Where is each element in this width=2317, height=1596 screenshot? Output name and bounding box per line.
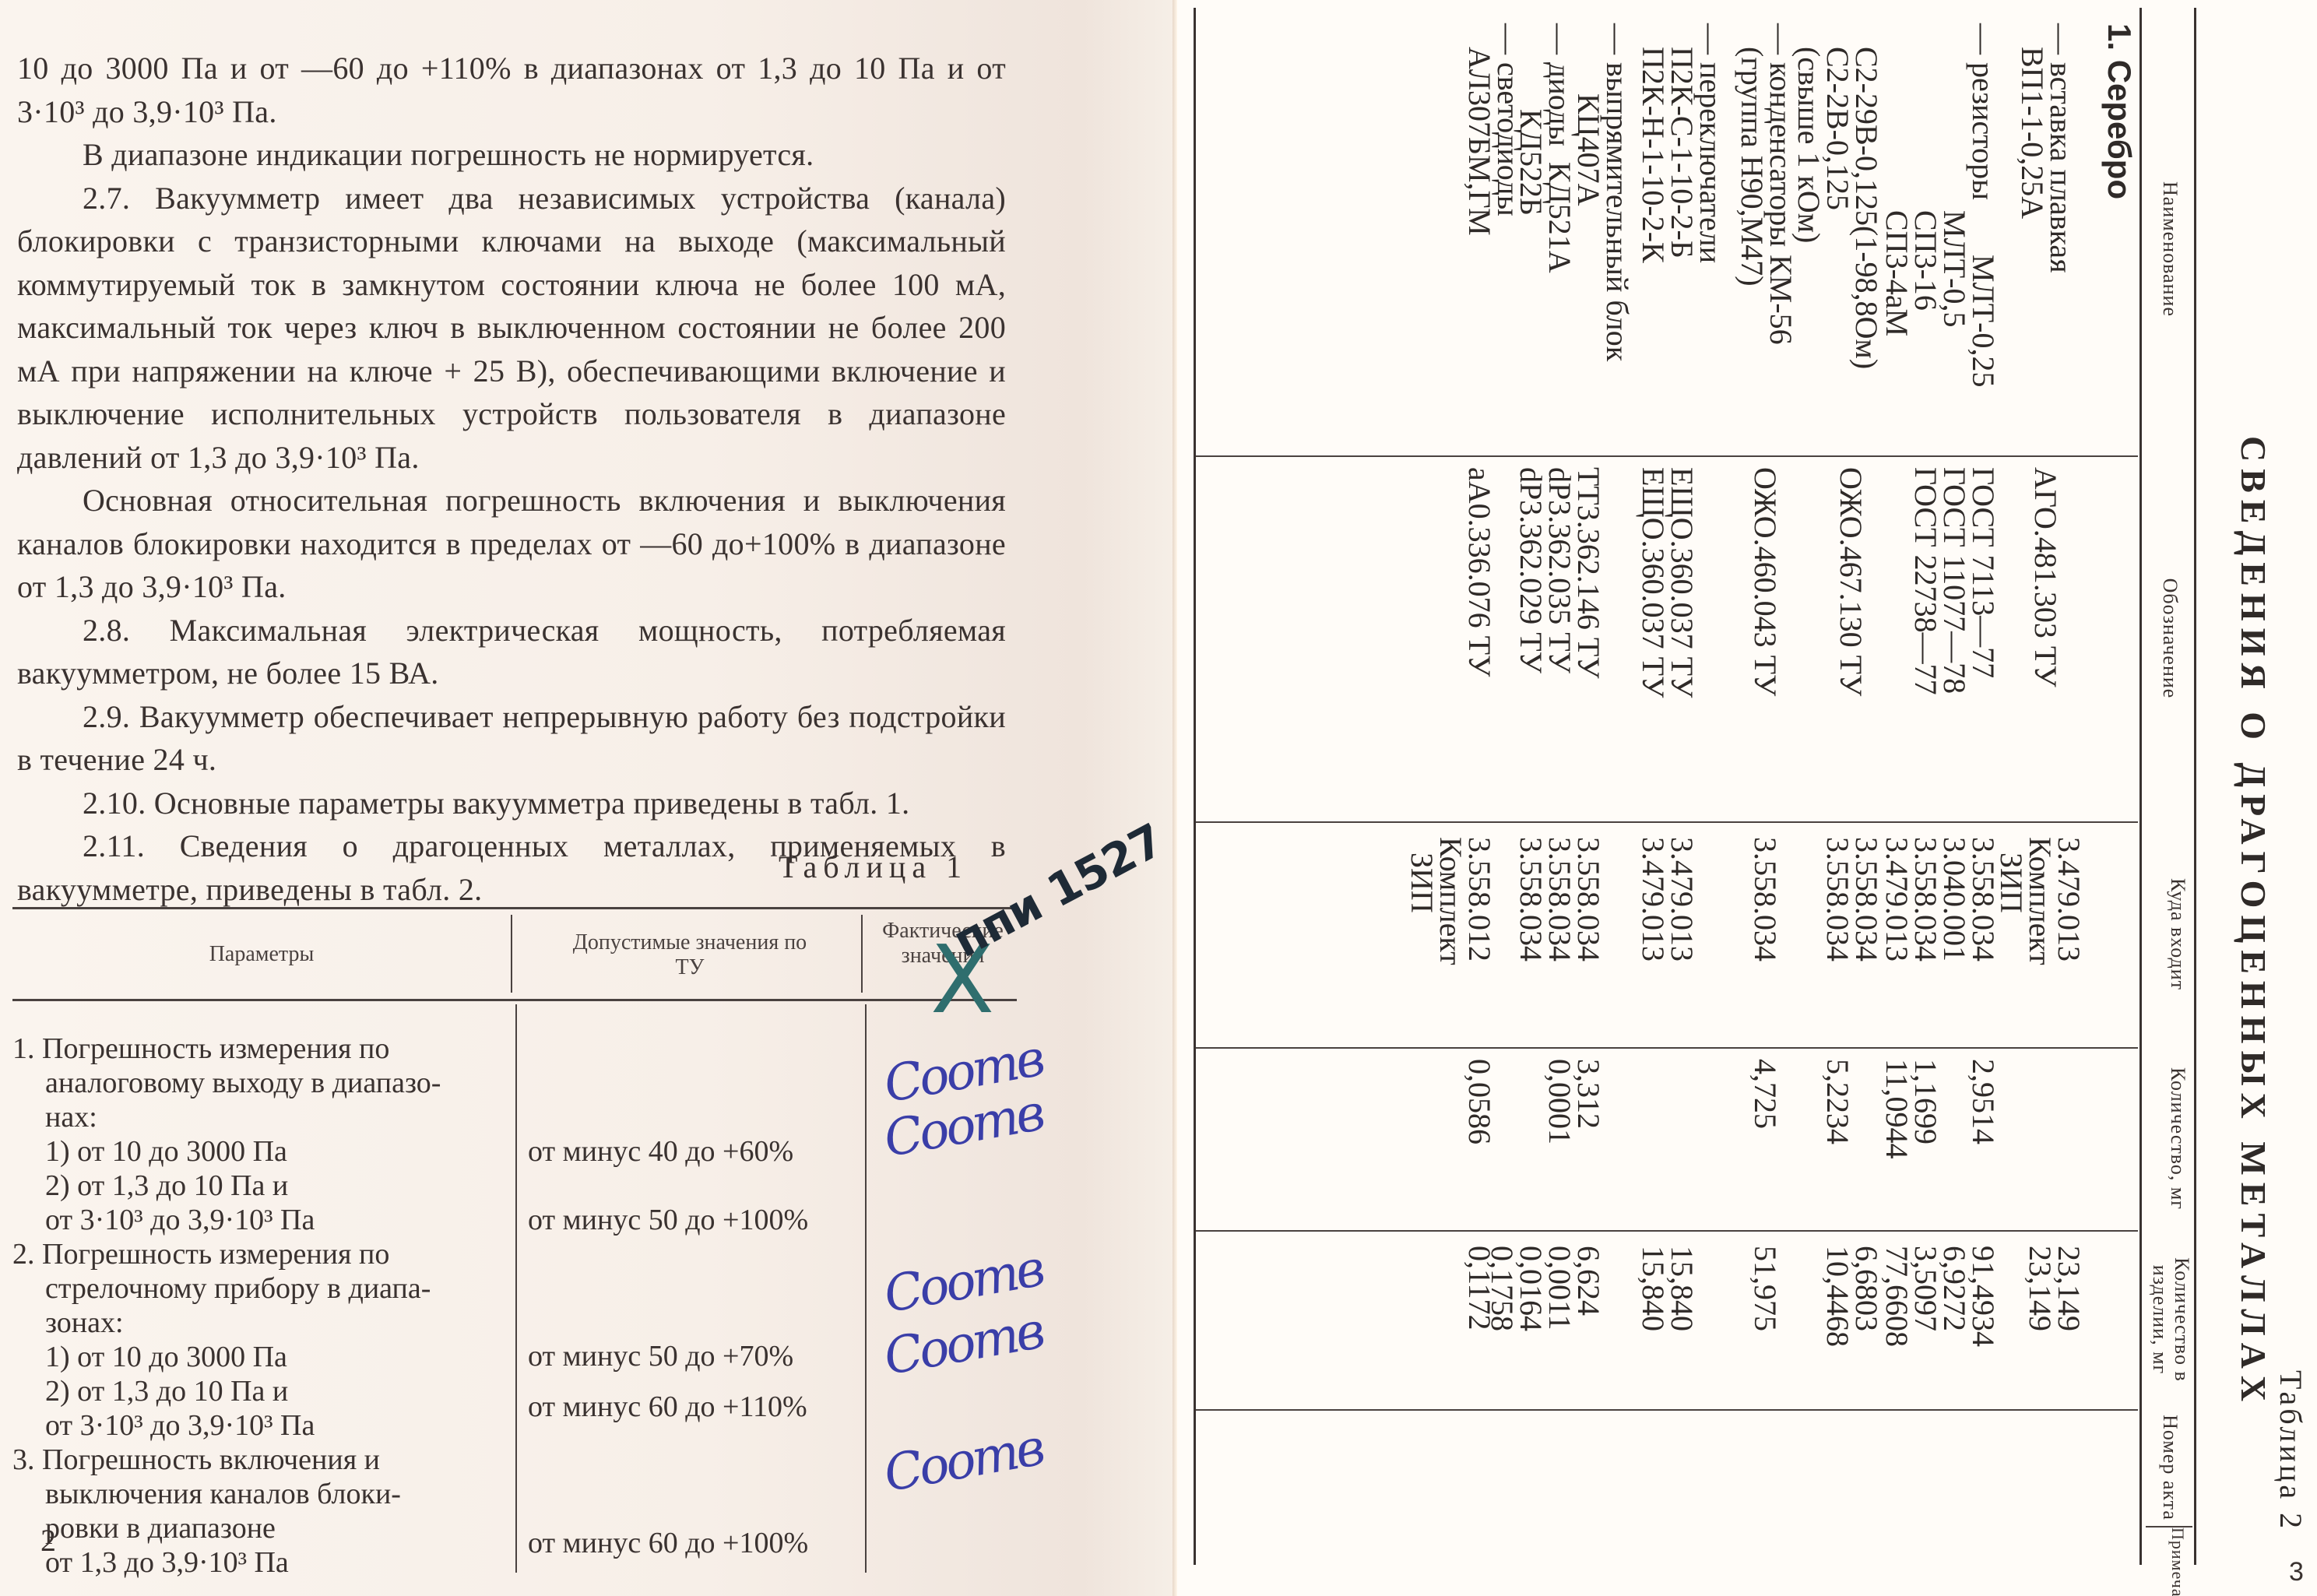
allowed-value: от минус 60 до +100% (528, 1526, 808, 1560)
column-divider (515, 1004, 517, 1573)
paragraph: 2.8. Максимальная электрическая мощность… (17, 609, 1006, 695)
section-silver: 1. Серебро (2101, 23, 2138, 199)
row-where: 3.558.034 3.558.034 3.558.034 (1517, 837, 1632, 961)
header-params: Параметры (90, 942, 433, 967)
table-row-param: 1. Погрешность измерения по аналоговому … (12, 1032, 503, 1580)
column-divider (511, 915, 512, 993)
table-top-rule (2194, 8, 2196, 1565)
paragraph: В диапазоне индикации погрешность не нор… (17, 133, 1006, 177)
param-line: 3. Погрешность включения и (12, 1443, 503, 1477)
row-designation: ОЖО.467.130 ТУ (1837, 467, 1865, 696)
paragraph: 2.9. Вакуумметр обеспечивает непрерывную… (17, 695, 1006, 782)
row-qty: 5,2234 (1823, 1059, 1881, 1144)
paragraph: 2.7. Вакуумметр имеет два независимых ус… (17, 177, 1006, 480)
row-name: — светодиоды АЛ307БМ,ГМ (1465, 23, 1523, 236)
table-header-rule (12, 999, 1017, 1001)
col-header-where: Куда входит (2167, 825, 2189, 1043)
row-qty: 2,9514 1,1699 11,0944 (1883, 1059, 1998, 1159)
param-line: от 3·10³ до 3,9·10³ Па (12, 1203, 503, 1237)
allowed-value: от минус 50 до +70% (528, 1339, 793, 1373)
column-divider (865, 1004, 867, 1573)
table2-rotated: СВЕДЕНИЯ О ДРАГОЦЕННЫХ МЕТАЛЛАХ Таблица … (1176, 0, 2317, 1596)
row-qty: 3,312 0,0001 (1545, 1059, 1632, 1144)
row-designation: ОЖО.460.043 ТУ (1751, 467, 1780, 696)
param-line: 1) от 10 до 3000 Па (12, 1134, 503, 1169)
column-divider (1196, 1230, 2138, 1232)
param-line: аналоговому выходу в диапазо- (12, 1066, 503, 1100)
row-qty-product: 6,6803 10,4468 (1823, 1246, 1881, 1347)
column-divider (1196, 1047, 2138, 1049)
param-line: зонах: (12, 1306, 503, 1340)
allowed-value: от минус 50 до +100% (528, 1203, 808, 1237)
column-divider (1196, 821, 2138, 823)
row-designation: АГО.481.303 ТУ (2031, 467, 2060, 687)
row-where: 3.479.013 Комплект ЗИП (1997, 837, 2083, 965)
row-name: — переключатели П2К-С-1-10-2-Б П2К-Н-1-1… (1639, 23, 1725, 263)
row-designation: ЕЩО.360.037 ТУ ЕЩО.360.037 ТУ (1639, 467, 1725, 698)
param-line: 1) от 10 до 3000 Па (12, 1340, 503, 1374)
row-qty-product: 15,840 15,840 (1639, 1246, 1725, 1331)
paragraph: Основная относительная погрешность включ… (17, 479, 1006, 609)
row-qty-product: 91,4934 6,9272 3,5097 77,6608 (1883, 1246, 1998, 1347)
table-bottom-rule (1194, 8, 1196, 1565)
allowed-value: от минус 60 до +110% (528, 1390, 807, 1424)
row-where: 3.558.034 3.558.034 (1823, 837, 1881, 961)
col-header-designation: Обозначение (2159, 459, 2181, 817)
table2-caption: Таблица 2 (2273, 1370, 2309, 1531)
column-divider (1196, 455, 2138, 457)
param-line: от 1,3 до 3,9·10³ Па (12, 1545, 503, 1580)
page-number-left: 2 (40, 1522, 56, 1559)
row-name: — резисторы МЛТ-0,25 МЛТ-0,5 СП3-16 СП3-… (1883, 23, 1998, 387)
param-line: ровки в диапазоне (12, 1511, 503, 1545)
table-top-rule (12, 907, 1017, 909)
left-page-body: 10 до 3000 Па и от —60 до +110% в диапаз… (17, 47, 1006, 911)
table2-title: СВЕДЕНИЯ О ДРАГОЦЕННЫХ МЕТАЛЛАХ (2233, 436, 2274, 1408)
row-where: 3.558.034 (1751, 837, 1780, 961)
paragraph: 2.10. Основные параметры вакуумметра при… (17, 782, 1006, 825)
row-name: — выпрямительный блок КЦ407А — диоды КД5… (1517, 23, 1632, 361)
column-divider (1196, 1409, 2138, 1411)
row-name: С2-29В-0,125(1-98,8Ом) С2-2В-0,125 (свыш… (1795, 23, 1881, 369)
row-where: 3.479.013 3.479.013 (1639, 837, 1725, 961)
col-header-qty-product: Количество в изделии, мг (2149, 1234, 2192, 1405)
row-where: 3.558.012 Комплект ЗИП (1408, 837, 1523, 965)
row-designation: ТТ3.362.146 ТУ dР3.362.035 ТУ dР3.362.02… (1517, 467, 1632, 679)
col-header-note: Примечание (2167, 1527, 2189, 1594)
row-designation: ГОСТ 7113—77 ГОСТ 11077—78 ГОСТ 22738—77 (1911, 467, 1998, 695)
row-qty-product: 0,1172 (1465, 1246, 1523, 1331)
page-number-right: 3 (2289, 1557, 2304, 1587)
col-header-qty: Количество, мг (2167, 1051, 2189, 1226)
row-name: — вставка плавкая ВП1-1-0,25А (2018, 23, 2076, 273)
col-header-act: Номер акта (2159, 1413, 2181, 1522)
allowed-value: от минус 40 до +60% (528, 1134, 793, 1169)
param-line: 1. Погрешность измерения по (12, 1032, 503, 1066)
param-line: выключения каналов блоки- (12, 1477, 503, 1511)
row-where: 3.558.034 3.040.001 3.558.034 3.479.013 (1883, 837, 1998, 961)
row-qty: 4,725 (1751, 1059, 1780, 1129)
param-line: стрелочному прибору в диапа- (12, 1271, 503, 1306)
param-line: 2. Погрешность измерения по (12, 1237, 503, 1271)
row-qty: 0,0586 (1465, 1059, 1523, 1144)
row-name: — конденсаторы КМ-56 (группа Н90,М47) (1738, 23, 1795, 345)
col-header-name: Наименование (2159, 62, 2181, 436)
header-allowed: Допустимые значения по ТУ (557, 930, 822, 980)
param-line: нах: (12, 1100, 503, 1134)
table1-caption: Таблица 1 (779, 849, 968, 885)
param-line: от 3·10³ до 3,9·10³ Па (12, 1408, 503, 1443)
row-qty-product: 23,149 23,149 (2026, 1246, 2083, 1331)
row-designation: aA0.336.076 ТУ (1465, 467, 1523, 677)
param-line: 2) от 1,3 до 10 Па и (12, 1374, 503, 1408)
paragraph: 10 до 3000 Па и от —60 до +110% в диапаз… (17, 47, 1006, 133)
table-header-rule (2139, 8, 2142, 1565)
param-line: 2) от 1,3 до 10 Па и (12, 1169, 503, 1203)
row-qty-product: 51,975 (1751, 1246, 1780, 1331)
column-divider (861, 915, 863, 993)
